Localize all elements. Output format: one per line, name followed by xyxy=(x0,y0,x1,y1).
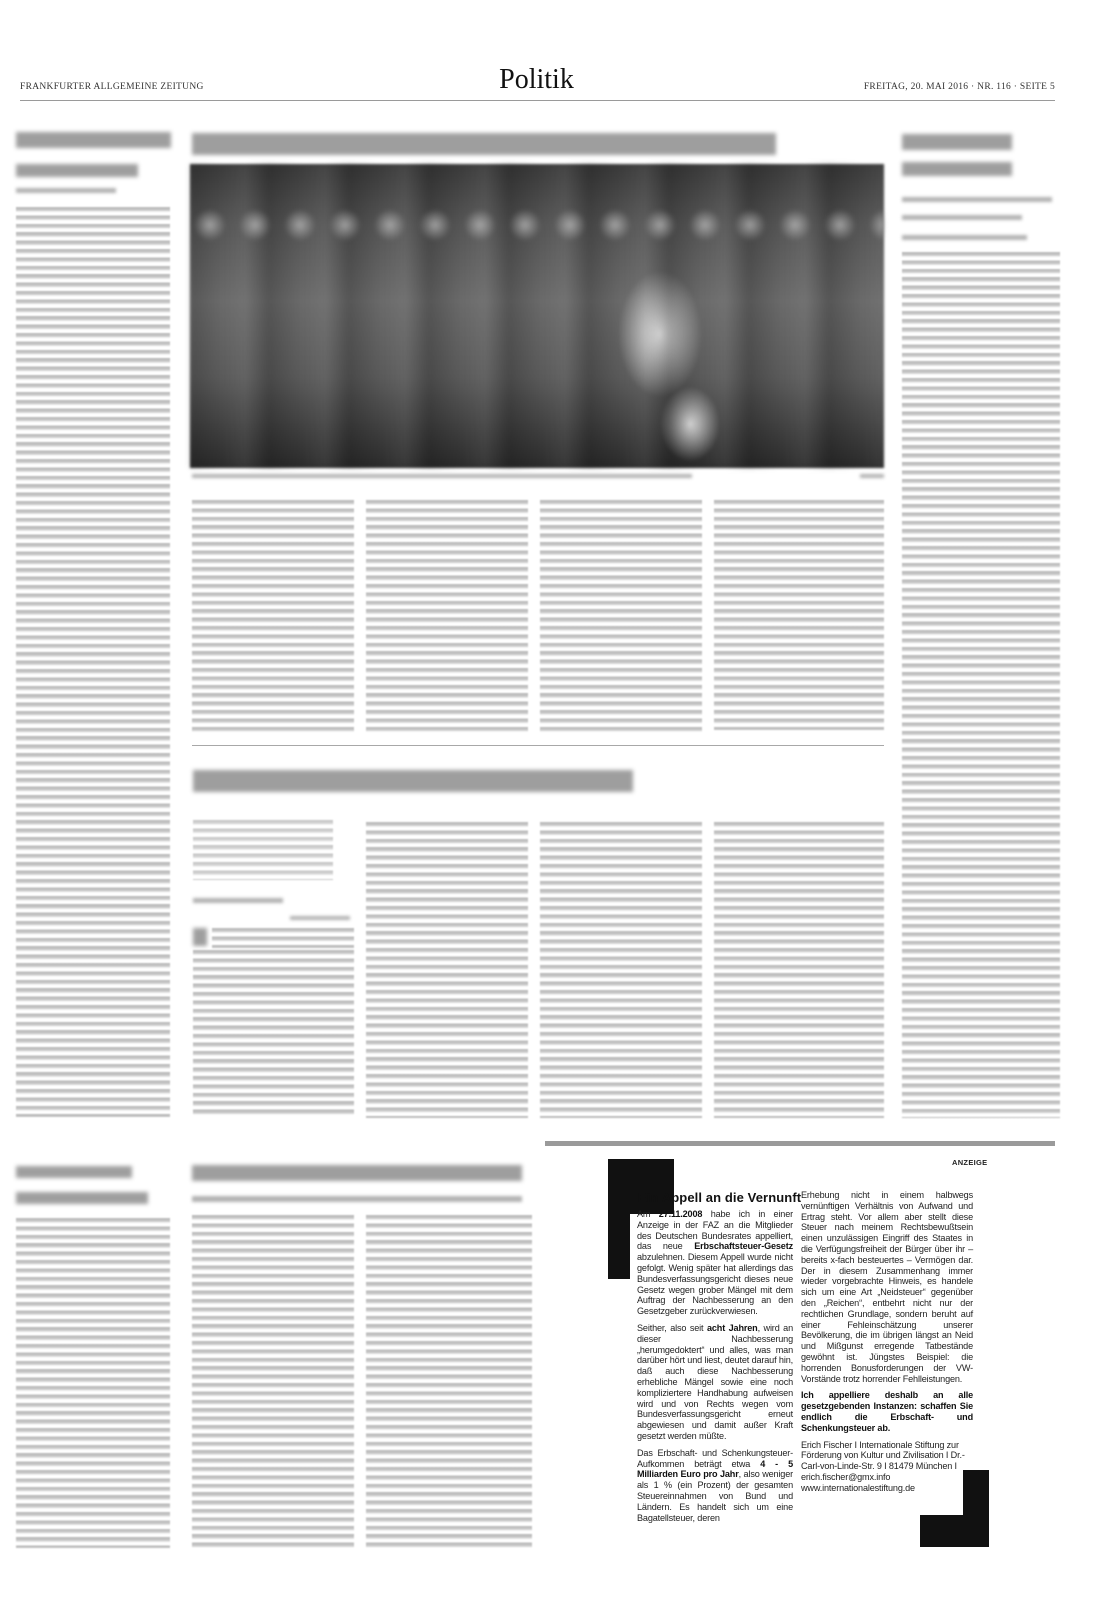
article-headline xyxy=(16,132,171,148)
right-headline xyxy=(902,134,1012,150)
ad-corner-bracket-bottom xyxy=(920,1515,989,1547)
ad-text: abzulehnen. Diesem Appell wurde nicht ge… xyxy=(637,1252,793,1316)
photo-caption xyxy=(192,474,692,478)
middle-headline xyxy=(193,770,633,792)
dateline: FREITAG, 20. MAI 2016 · NR. 116 · SEITE … xyxy=(864,82,1055,92)
ad-law-emphasis: Erbschaftsteuer-Gesetz xyxy=(694,1241,793,1251)
middle-byline xyxy=(193,898,283,903)
ad-top-rule xyxy=(545,1141,1055,1146)
middle-body-col1-top xyxy=(212,928,354,948)
section-divider xyxy=(192,745,884,746)
ad-paragraph-1: Am 27.11.2008 habe ich in einer Anzeige … xyxy=(637,1209,793,1317)
article-headline-line2 xyxy=(16,164,138,177)
right-subhead xyxy=(902,197,1052,202)
lead-body-col3 xyxy=(540,500,702,735)
lead-body-col2 xyxy=(366,500,528,735)
ad-text: , wird an dieser Nachbesserung „herumged… xyxy=(637,1323,793,1441)
middle-intro xyxy=(193,820,333,880)
right-body xyxy=(902,252,1060,1118)
masthead-rule xyxy=(20,100,1055,101)
ad-corner-bracket-left xyxy=(608,1159,630,1279)
ad-column-1: Am 27.11.2008 habe ich in einer Anzeige … xyxy=(637,1209,793,1529)
lead-body-col1 xyxy=(192,500,354,735)
right-headline-line2 xyxy=(902,162,1012,176)
right-byline xyxy=(902,235,1027,240)
ad-column-2: Erhebung nicht in einem halbwegs vernünf… xyxy=(801,1190,973,1500)
middle-body-col4 xyxy=(714,822,884,1118)
middle-body-col3 xyxy=(540,822,702,1118)
ad-date-emphasis: 27.11.2008 xyxy=(659,1209,703,1219)
bottom-center-body-col2 xyxy=(366,1215,532,1548)
ad-paragraph-2: Seither, also seit acht Jahren, wird an … xyxy=(637,1323,793,1442)
ad-label: ANZEIGE xyxy=(952,1158,987,1167)
middle-body-col2 xyxy=(366,822,528,1118)
ad-years-emphasis: acht Jahren xyxy=(707,1323,758,1333)
middle-initial xyxy=(193,928,207,946)
bottom-center-body-col1 xyxy=(192,1215,354,1548)
ad-appeal: Ich appelliere deshalb an alle gesetzgeb… xyxy=(801,1390,973,1433)
ad-signature: Erich Fischer I Internationale Stiftung … xyxy=(801,1440,973,1483)
article-body xyxy=(16,207,170,1117)
ad-text: Am xyxy=(637,1209,659,1219)
ad-website-link[interactable]: www.internationalestiftung.de xyxy=(801,1483,973,1494)
ad-appeal-text: Ich appelliere deshalb an alle gesetzgeb… xyxy=(801,1390,973,1432)
ad-title: Ein Appell an die Vernunft xyxy=(638,1190,801,1205)
article-byline xyxy=(16,188,116,193)
ad-paragraph-3: Das Erbschaft- und Schenkungsteuer-Aufko… xyxy=(637,1448,793,1524)
ad-paragraph-4: Erhebung nicht in einem halbwegs vernünf… xyxy=(801,1190,973,1384)
photo-helmets-overlay xyxy=(190,205,884,245)
bottom-left-headline xyxy=(16,1166,132,1178)
middle-body-col1 xyxy=(193,950,354,1118)
photo-credit xyxy=(860,474,884,478)
middle-dateline xyxy=(290,916,350,920)
bottom-left-headline-line2 xyxy=(16,1192,148,1204)
lead-headline xyxy=(192,133,776,155)
ad-text: Seither, also seit xyxy=(637,1323,707,1333)
right-subhead-line2 xyxy=(902,215,1022,220)
lead-body-col4 xyxy=(714,500,884,730)
bottom-center-headline xyxy=(192,1165,522,1181)
bottom-left-body xyxy=(16,1218,170,1548)
bottom-center-subhead xyxy=(192,1196,522,1202)
